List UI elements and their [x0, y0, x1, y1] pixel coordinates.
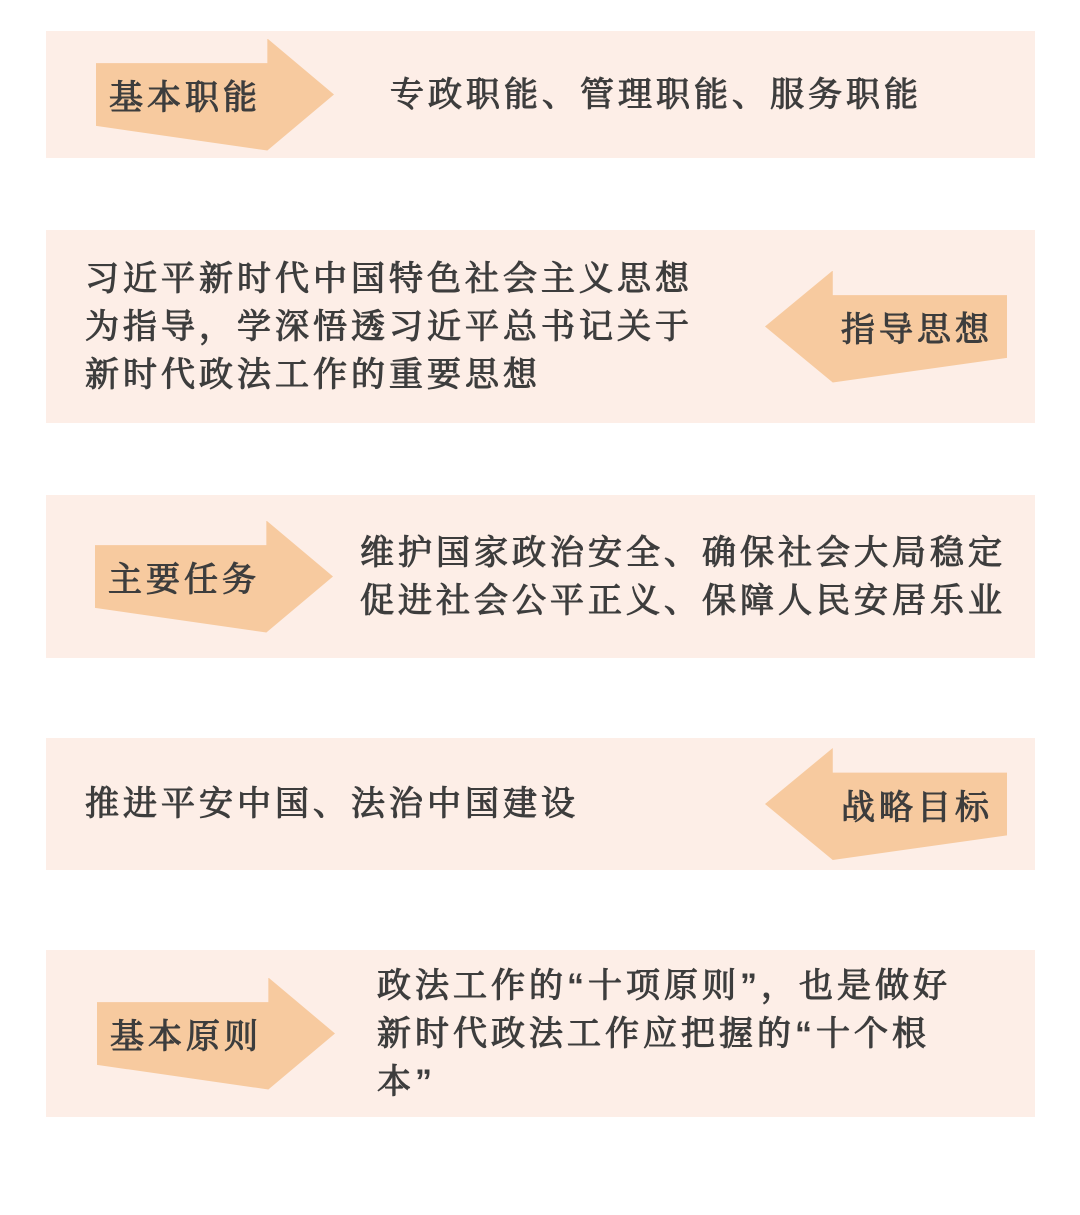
text-line: 新时代政法工作的重要思想	[85, 351, 693, 399]
section-title-basic-principles: 基本原则	[110, 1009, 262, 1058]
section-title-guiding-ideology: 指导思想	[841, 302, 993, 351]
section-text: 政法工作的“十项原则”，也是做好 新时代政法工作应把握的“十个根 本”	[377, 962, 951, 1106]
section-title-main-tasks: 主要任务	[108, 552, 260, 601]
section-text: 推进平安中国、法治中国建设	[85, 780, 579, 828]
section-title-basic-functions: 基本职能	[109, 70, 261, 119]
section-strategic-goal: 推进平安中国、法治中国建设 战略目标	[46, 738, 1035, 870]
text-line: 推进平安中国、法治中国建设	[85, 780, 579, 828]
section-guiding-ideology: 习近平新时代中国特色社会主义思想 为指导，学深悟透习近平总书记关于 新时代政法工…	[46, 230, 1035, 423]
text-line: 政法工作的“十项原则”，也是做好	[377, 962, 951, 1010]
section-text: 维护国家政治安全、确保社会大局稳定 促进社会公平正义、保障人民安居乐业	[360, 529, 1006, 625]
text-line: 为指导，学深悟透习近平总书记关于	[85, 303, 693, 351]
text-line: 促进社会公平正义、保障人民安居乐业	[360, 577, 1006, 625]
section-text: 习近平新时代中国特色社会主义思想 为指导，学深悟透习近平总书记关于 新时代政法工…	[85, 255, 693, 399]
right-arrow-icon: 基本职能	[96, 39, 334, 151]
right-arrow-icon: 基本原则	[97, 978, 335, 1090]
text-line: 本”	[377, 1058, 951, 1106]
section-basic-functions: 基本职能 专政职能、管理职能、服务职能	[46, 31, 1035, 158]
text-line: 专政职能、管理职能、服务职能	[390, 71, 922, 119]
text-line: 新时代政法工作应把握的“十个根	[377, 1010, 951, 1058]
text-line: 维护国家政治安全、确保社会大局稳定	[360, 529, 1006, 577]
left-arrow-icon: 战略目标	[765, 748, 1007, 860]
text-line: 习近平新时代中国特色社会主义思想	[85, 255, 693, 303]
right-arrow-icon: 主要任务	[95, 521, 333, 633]
section-basic-principles: 基本原则 政法工作的“十项原则”，也是做好 新时代政法工作应把握的“十个根 本”	[46, 950, 1035, 1117]
section-text: 专政职能、管理职能、服务职能	[390, 71, 922, 119]
section-title-strategic-goal: 战略目标	[841, 780, 993, 829]
section-main-tasks: 主要任务 维护国家政治安全、确保社会大局稳定 促进社会公平正义、保障人民安居乐业	[46, 495, 1035, 658]
left-arrow-icon: 指导思想	[765, 271, 1007, 383]
